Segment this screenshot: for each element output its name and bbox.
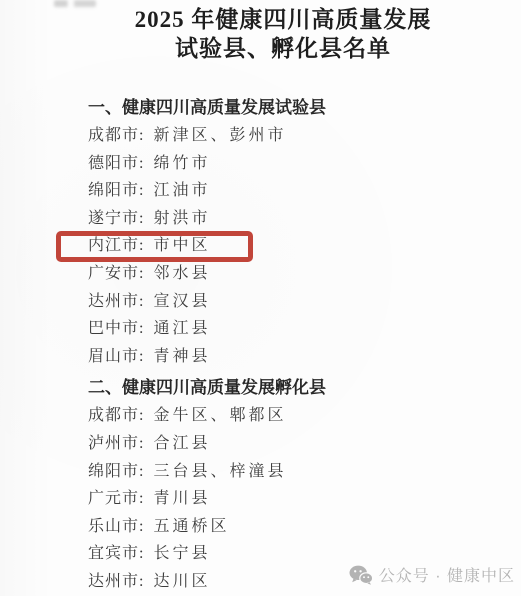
section-1-heading: 一、健康四川高质量发展试验县 <box>88 94 508 122</box>
list-row: 乐山市:五通桥区 <box>88 513 508 541</box>
county-value: 长宁县 <box>153 545 210 562</box>
city-label: 成都市: <box>88 127 144 144</box>
list-row: 广安市:邻水县 <box>88 260 508 288</box>
county-value: 新津区、彭州市 <box>153 127 286 144</box>
city-label: 巴中市: <box>88 320 144 337</box>
city-label: 宜宾市: <box>88 545 144 562</box>
list-row: 绵阳市:江油市 <box>88 177 508 205</box>
list-row: 广元市:青川县 <box>88 485 508 513</box>
list-row: 德阳市:绵竹市 <box>88 150 508 178</box>
county-value: 五通桥区 <box>153 518 229 535</box>
watermark-text: 公众号 · 健康中区 <box>379 563 515 586</box>
county-value: 邻水县 <box>153 265 210 282</box>
city-label: 成都市: <box>88 407 144 424</box>
list-row: 绵阳市:三台县、梓潼县 <box>88 458 508 486</box>
section-2-heading: 二、健康四川高质量发展孵化县 <box>88 374 508 402</box>
city-label: 达州市: <box>88 573 144 590</box>
city-label: 内江市: <box>88 237 144 254</box>
city-label: 德阳市: <box>88 155 144 172</box>
city-label: 遂宁市: <box>88 210 144 227</box>
list-row: 成都市:金牛区、郫都区 <box>88 402 508 430</box>
list-row: 泸州市:合江县 <box>88 430 508 458</box>
list-row: 巴中市:通江县 <box>88 315 508 343</box>
county-value: 宣汉县 <box>153 293 210 310</box>
city-label: 泸州市: <box>88 435 144 452</box>
county-value: 合江县 <box>153 435 210 452</box>
county-value: 金牛区、郫都区 <box>153 407 286 424</box>
county-value: 达川区 <box>153 573 210 590</box>
list-row: 达州市:宣汉县 <box>88 288 508 316</box>
list-row: 眉山市:青神县 <box>88 343 508 371</box>
county-value: 三台县、梓潼县 <box>153 463 286 480</box>
document-page: 2025 年健康四川高质量发展 试验县、孵化县名单 一、健康四川高质量发展试验县… <box>0 0 521 596</box>
city-label: 达州市: <box>88 293 144 310</box>
title-line-1: 2025 年健康四川高质量发展 <box>45 5 521 34</box>
county-value: 青川县 <box>153 490 210 507</box>
title-line-2: 试验县、孵化县名单 <box>45 34 521 63</box>
list-row: 成都市:新津区、彭州市 <box>88 122 508 150</box>
county-value: 市中区 <box>153 237 210 254</box>
county-value: 江油市 <box>153 182 210 199</box>
document-body: 一、健康四川高质量发展试验县 成都市:新津区、彭州市 德阳市:绵竹市 绵阳市:江… <box>88 94 508 596</box>
wechat-icon <box>349 565 373 585</box>
city-label: 绵阳市: <box>88 463 144 480</box>
county-value: 射洪市 <box>153 210 210 227</box>
list-row: 遂宁市:射洪市 <box>88 205 508 233</box>
city-label: 广安市: <box>88 265 144 282</box>
list-row-highlighted: 内江市:市中区 <box>88 232 508 260</box>
city-label: 眉山市: <box>88 348 144 365</box>
document-title: 2025 年健康四川高质量发展 试验县、孵化县名单 <box>45 5 521 63</box>
city-label: 广元市: <box>88 490 144 507</box>
city-label: 绵阳市: <box>88 182 144 199</box>
county-value: 绵竹市 <box>153 155 210 172</box>
city-label: 乐山市: <box>88 518 144 535</box>
watermark: 公众号 · 健康中区 <box>349 563 515 586</box>
county-value: 通江县 <box>153 320 210 337</box>
county-value: 青神县 <box>153 348 210 365</box>
